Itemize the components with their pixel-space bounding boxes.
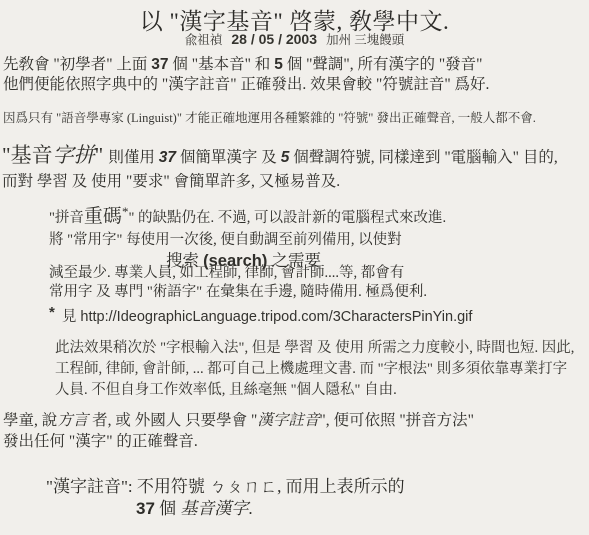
- term-hanzi-zhuyin: 漢字註音: [257, 412, 319, 429]
- text-run: 個聲調符號, 同樣達到 "電腦輸入" 目的,: [289, 149, 557, 166]
- paragraph-jiyin-zipin: "基音字拼" 則僅用 37 個簡單漢字 及 5 個聲調符號, 同樣達到 "電腦輸…: [2, 141, 586, 191]
- block-common-line1: 減至最少. 專業人員, 如工程師, 律師, 會計師....等, 都會有: [49, 264, 569, 283]
- paragraph-comparison-line1: 此法效果稍次於 "字根輸入法", 但是 學習 及 使用 所需之力度較小, 時間也…: [55, 338, 583, 359]
- block-common-line2: 常用字 及 專門 "術語字" 在彙集在手邊, 隨時備用. 極爲便利.: [49, 283, 569, 302]
- text-run: 見: [58, 309, 81, 325]
- text-run: 個 "聲調", 所有漢字的 "發音": [283, 56, 483, 73]
- term-zipin: 字拼: [53, 143, 95, 167]
- author-location: 加州 三塊饅頭: [326, 33, 404, 47]
- paragraph-comparison: 此法效果稍次於 "字根輸入法", 但是 學習 及 使用 所需之力度較小, 時間也…: [55, 338, 583, 401]
- paragraph-comparison-line3: 人員. 不但自身工作效率低, 且絲毫無 "個人隱私" 自由.: [55, 380, 583, 401]
- paragraph-intro-line2: 他們便能依照字典中的 "漢字註音" 正確發出. 效果會較 "符號註音" 爲好.: [3, 75, 585, 95]
- paragraph-comparison-line2: 工程師, 律師, 會計師, ... 都可自己上機處理文書. 而 "字根法" 則多…: [55, 359, 583, 380]
- block-duplicate-line1: "拼音重碼*" 的缺點仍在. 不過, 可以設計新的電腦程式來改進.: [49, 200, 569, 230]
- block-common-words: 減至最少. 專業人員, 如工程師, 律師, 會計師....等, 都會有 常用字 …: [49, 264, 569, 327]
- paragraph-linguist-note: 因爲只有 "語音學專家 (Linguist)" 才能正確地運用各種繁雜的 "符號…: [3, 110, 587, 126]
- footnote-star: *: [49, 304, 55, 321]
- footnote-url-line: * 見 http://IdeographicLanguage.tripod.co…: [49, 304, 569, 327]
- text-run: 則僅用: [108, 149, 158, 166]
- author-name: 兪祖禎: [185, 33, 223, 47]
- paragraph-intro: 先敎會 "初學者" 上面 37 個 "基本音" 和 5 個 "聲調", 所有漢字…: [3, 55, 585, 94]
- block-duplicate-line2: 將 "常用字" 每使用一次後, 便自動調至前列備用, 以使對: [49, 230, 569, 250]
- paragraph-intro-line1: 先敎會 "初學者" 上面 37 個 "基本音" 和 5 個 "聲調", 所有漢字…: [3, 55, 585, 75]
- count-base-chars: 37: [136, 499, 155, 518]
- text-run: "拼音: [49, 210, 84, 226]
- paragraph-learners-line1: 學童, 說方言 者, 或 外國人 只要學會 "漢字註音", 便可依照 "拼音方法…: [3, 411, 585, 432]
- closing-line1: "漢字註音": 不用符號 ㄅㄆㄇㄈ, 而用上表所示的: [46, 476, 566, 497]
- count-tones: 5: [274, 56, 283, 73]
- paragraph-jiyin-line1: "基音字拼" 則僅用 37 個簡單漢字 及 5 個聲調符號, 同樣達到 "電腦輸…: [2, 141, 586, 172]
- term-chongma: 重碼: [84, 206, 122, 227]
- closing-statement: "漢字註音": 不用符號 ㄅㄆㄇㄈ, 而用上表所示的 37 個 基音漢字.: [46, 476, 566, 519]
- text-run: 個: [155, 499, 181, 518]
- paragraph-jiyin-line2: 而對 學習 及 使用 "要求" 會簡單許多, 又極易普及.: [2, 172, 586, 191]
- term-dialect: 方言: [57, 412, 88, 429]
- text-run: " 的缺點仍在. 不過, 可以設計新的電腦程式來改進.: [128, 210, 446, 226]
- document-date: 28 / 05 / 2003: [231, 31, 317, 47]
- closing-line2: 37 個 基音漢字.: [136, 498, 566, 519]
- quote-mark: ": [95, 143, 109, 167]
- count-simple-chars: 37: [159, 149, 176, 166]
- term-jiyin: 基音: [11, 143, 53, 167]
- text-run: 學童, 說: [3, 412, 57, 429]
- quote-mark: ": [2, 143, 11, 167]
- paragraph-learners: 學童, 說方言 者, 或 外國人 只要學會 "漢字註音", 便可依照 "拼音方法…: [3, 411, 585, 452]
- text-run: ", 便可依照 "拼音方法": [319, 412, 474, 429]
- block-duplicate-codes: "拼音重碼*" 的缺點仍在. 不過, 可以設計新的電腦程式來改進. 將 "常用字…: [49, 200, 569, 272]
- byline: 兪祖禎 28 / 05 / 2003 加州 三塊饅頭: [0, 30, 589, 48]
- paragraph-learners-line2: 發出任何 "漢字" 的正確聲音.: [3, 432, 585, 453]
- text-run: 者, 或 外國人 只要學會 ": [88, 412, 257, 429]
- reference-url: http://IdeographicLanguage.tripod.com/3C…: [80, 309, 472, 325]
- text-run: 個簡單漢字 及: [176, 149, 281, 166]
- text-run: .: [248, 499, 252, 518]
- term-base-characters: 基音漢字: [180, 499, 248, 518]
- text-run: 先敎會 "初學者" 上面: [3, 56, 151, 73]
- text-run: 個 "基本音" 和: [169, 56, 275, 73]
- count-basic-sounds: 37: [151, 56, 168, 73]
- scanned-document-page: 以 "漢字基音" 啓蒙, 敎學中文. 兪祖禎 28 / 05 / 2003 加州…: [0, 0, 589, 535]
